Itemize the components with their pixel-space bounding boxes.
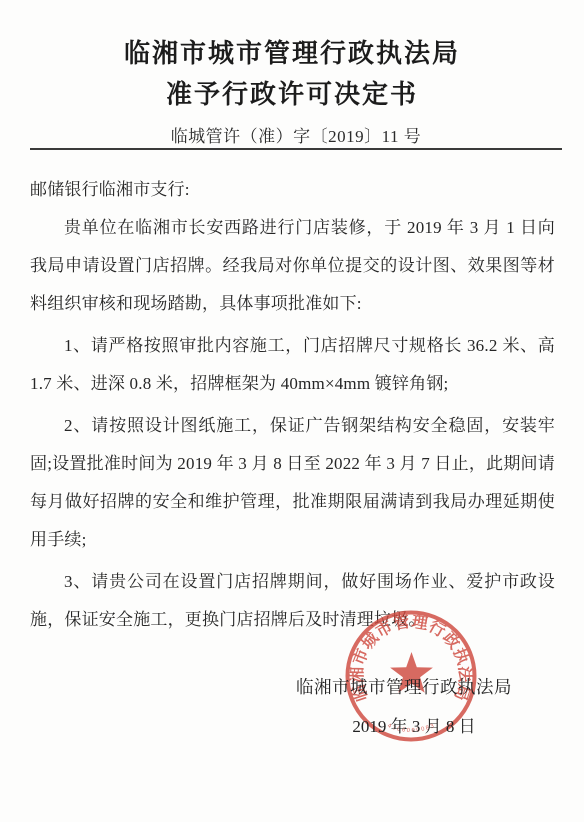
document-body: 邮储银行临湘市支行: 贵单位在临湘市长安西路进行门店装修，于 2019 年 3 … [0,150,584,639]
paragraph: 贵单位在临湘市长安西路进行门店装修，于 2019 年 3 月 1 日向我局申请设… [30,209,555,323]
document-number: 临城管许（准）字〔2019〕11 号 [171,127,422,146]
document-page: 临湘市城市管理行政执法局 准予行政许可决定书 临城管许（准）字〔2019〕11 … [0,0,584,822]
document-title-line1: 临湘市城市管理行政执法局 [0,33,584,74]
salutation: 邮储银行临湘市支行: [30,171,555,209]
paragraph: 1、请严格按照审批内容施工，门店招牌尺寸规格长 36.2 米、高 1.7 米、进… [30,327,555,403]
document-title-line2: 准予行政许可决定书 [0,74,584,115]
signature-date: 2019 年 3 月 8 日 [350,712,478,737]
paragraph: 2、请按照设计图纸施工，保证广告钢架结构安全稳固，安装牢固;设置批准时间为 20… [30,407,555,559]
document-number-row: 临城管许（准）字〔2019〕11 号 [30,122,562,150]
signature-agency: 临湘市城市管理行政执法局 [296,674,512,699]
document-header: 临湘市城市管理行政执法局 准予行政许可决定书 临城管许（准）字〔2019〕11 … [0,0,584,150]
